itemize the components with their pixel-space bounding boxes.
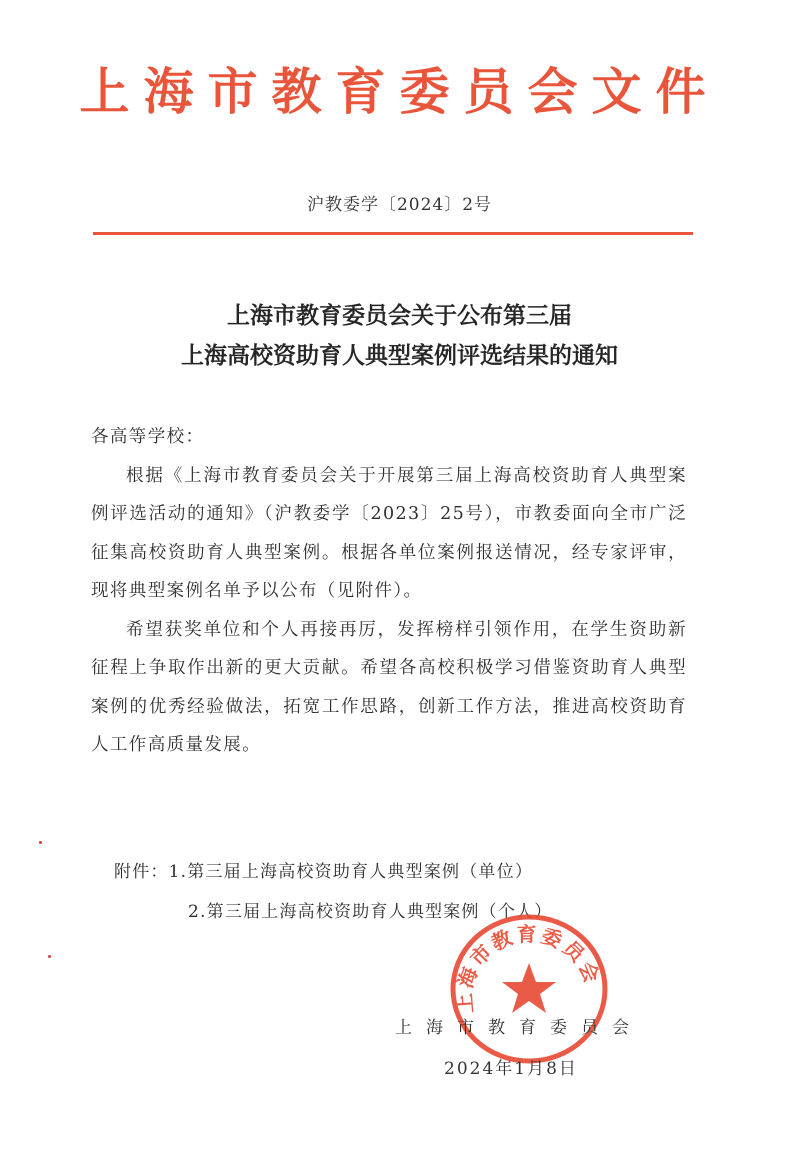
notice-title-line-2: 上海高校资助育人典型案例评选结果的通知: [0, 336, 799, 376]
document-number: 沪教委学〔2024〕2号: [0, 190, 799, 215]
salutation: 各高等学校：: [91, 418, 687, 457]
attachments-label: 附件：: [114, 862, 169, 882]
signature-date: 2024年1月8日: [444, 1054, 578, 1079]
signature-issuer: 上海市教育委员会: [395, 1013, 643, 1038]
body-paragraph-2: 希望获奖单位和个人再接再厉，发挥榜样引领作用，在学生资助新征程上争取作出新的更大…: [91, 611, 687, 765]
attachment-item-1: 附件：1.第三届上海高校资助育人典型案例（单位）: [114, 852, 552, 892]
issuer-banner: 上海市教育委员会文件: [0, 62, 799, 122]
scan-speck: [39, 841, 42, 844]
red-divider: [93, 232, 693, 235]
official-seal-icon: 上海市教育委员会: [447, 911, 612, 1066]
notice-body: 各高等学校： 根据《上海市教育委员会关于开展第三届上海高校资助育人典型案例评选活…: [91, 418, 687, 765]
body-paragraph-1: 根据《上海市教育委员会关于开展第三届上海高校资助育人典型案例评选活动的通知》（沪…: [91, 457, 687, 611]
notice-title-line-1: 上海市教育委员会关于公布第三届: [0, 296, 799, 336]
notice-title: 上海市教育委员会关于公布第三届 上海高校资助育人典型案例评选结果的通知: [0, 296, 799, 376]
scan-speck: [48, 955, 51, 958]
